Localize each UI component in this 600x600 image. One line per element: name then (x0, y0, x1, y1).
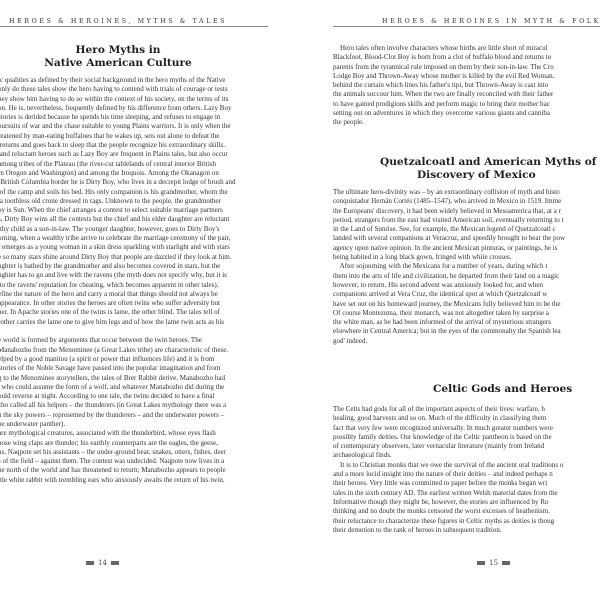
text-line: -British Columbia border he is Dirty Boy… (0, 178, 298, 187)
text-line: the people. (333, 118, 600, 127)
text-line: and reluctant heroes such as Lazy Boy ar… (0, 150, 298, 159)
text-line: of the camp and soils his bed. His only … (0, 188, 298, 197)
page-number: 14 (82, 559, 123, 567)
text-line: Of course Montezuma, their monarch, was … (333, 309, 600, 318)
heading-line: Quetzalcoatl and American Myths of the (380, 156, 600, 169)
text-line: their heroes. Very little was committed … (333, 479, 600, 488)
text-line: s of the field – against them. The conte… (0, 457, 298, 466)
text-line: healing, good harvests and so on. Much o… (333, 414, 600, 423)
body-text: The ultimate hero-divinity was – by an e… (333, 188, 600, 346)
text-line: rother carries the lame one to give him … (0, 318, 298, 327)
text-line: rn Oregon and Washington) and among the … (0, 169, 298, 178)
text-line: god' indeed. (333, 337, 600, 346)
text-line: After sojourning with the Mexicans for a… (333, 262, 600, 271)
ornament-icon (111, 561, 119, 565)
section-heading: Hero Myths in Native American Culture (38, 44, 198, 70)
body-text: The Celts had gods for all of the import… (333, 405, 600, 535)
text-line: Lodge Boy and Thrown-Away whose mother i… (333, 72, 600, 81)
text-line: elped by a good manitou (a spirit or pow… (0, 355, 298, 364)
header-rule (333, 26, 600, 27)
text-line: the white man, as he had been informed o… (333, 318, 600, 327)
text-line: The ultimate hero-divinity was – by an e… (333, 188, 600, 197)
text-line: ughter has to go and live with the raven… (0, 271, 298, 280)
text-line: on. He is, nevertheless, frequently defi… (0, 104, 298, 113)
text-line: a toothless old crone dressed in rags. U… (0, 197, 298, 206)
text-line: lthy child as a son-in-law. The younger … (0, 225, 298, 234)
text-line: The Celts had gods for all of the import… (333, 405, 600, 414)
text-line: , who could assume the form of a wolf, a… (0, 383, 298, 392)
text-line: oy is Sun. When the chief arranges a con… (0, 206, 298, 215)
text-line: he north of the world and has threatened… (0, 466, 298, 475)
text-line: g to the Menominee storytellers, the tal… (0, 374, 298, 383)
text-line: hose wing claps are thunder; his earthly… (0, 439, 298, 448)
section-heading: Celtic Gods and Heroes (433, 383, 572, 396)
text-line: zho called all his helpers – the thunder… (0, 401, 298, 410)
text-line: setting out on adventures in which they … (333, 109, 600, 118)
right-page: HEROES & HEROINES IN MYTH & FOLKLOR Hero… (300, 0, 600, 600)
text-line: It is to Christian monks that we owe the… (333, 461, 600, 470)
text-line: conquistador Hernán Cortés (1485–1547), … (333, 197, 600, 206)
page-number-value: 15 (489, 559, 498, 567)
text-line: elsewhere in Central America; but in the… (333, 327, 600, 336)
text-line: their reluctance to characterize these f… (333, 517, 600, 526)
text-line: ns. Naqpote set his assistants – the und… (0, 448, 298, 457)
text-line: Informative though they might be, howeve… (333, 498, 600, 507)
text-line: only do these tales show the hero having… (0, 85, 298, 94)
text-line: the animals succour him. When the two ar… (333, 90, 600, 99)
text-line: are mythological creatures, associated w… (0, 429, 298, 438)
left-page: HEROES & HEROINES, MYTHS & TALES Hero My… (0, 0, 300, 600)
text-line: reatened by man-eating buffaloes that he… (0, 132, 298, 141)
text-line: to the ravens' reputation for cheating, … (0, 281, 298, 290)
text-line: period, strangers from the east had visi… (333, 216, 600, 225)
ornament-icon (477, 561, 485, 565)
heading-line: Hero Myths in (38, 44, 198, 57)
text-line: to have gained prodigious skills and per… (333, 100, 600, 109)
text-line: pursuits of war and the chase suitable t… (0, 122, 298, 131)
text-line: ttle white rabbit with trembling ears wh… (0, 476, 298, 485)
running-head: HEROES & HEROINES IN MYTH & FOLKLOR (382, 18, 600, 25)
text-line: hey show him having to do so within the … (0, 95, 298, 104)
text-line: parents from the tyrannical rule imposed… (333, 63, 600, 72)
text-line: he underwater panther). (0, 420, 298, 429)
page-number: 15 (473, 559, 514, 567)
running-head: HEROES & HEROINES, MYTHS & TALES (9, 18, 227, 25)
text-line: tales in the sixth century AD. The earli… (333, 489, 600, 498)
text-line: being habited in a long black gown, frin… (333, 253, 600, 262)
text-line: have set out on his homeward journey, th… (333, 300, 600, 309)
text-line: thinking and no doubt the monks censored… (333, 507, 600, 516)
text-line: landed with several companions at Veracr… (333, 234, 600, 243)
text-line: the Europeans' discovery, it had been wi… (333, 207, 600, 216)
header-rule (0, 26, 268, 27)
text-line: her. In Apache stories one of the twins … (0, 308, 298, 317)
text-line: stories of the Noble Savage have passed … (0, 364, 298, 373)
text-line: among tribes of the Plateau (the river-c… (0, 160, 298, 169)
text-line: and a more lucid insight into the nature… (333, 470, 600, 479)
text-line: Blackfoot, Blood-Clot Boy is born from a… (333, 53, 600, 62)
text-line: Manabozho from the Menominee (a Great La… (0, 346, 298, 355)
text-line: efine the nature of the hero and carry a… (0, 290, 298, 299)
heading-line: Native American Culture (38, 57, 198, 70)
text-line: however, to return. His second advent wa… (333, 281, 600, 290)
text-line: of contemporary observers, later vernacu… (333, 442, 600, 451)
text-line: Hero tales often involve characters whos… (333, 44, 600, 53)
text-line: ould reverse at night. According to one … (0, 392, 298, 401)
body-text: ic qualities as defined by their social … (0, 76, 298, 485)
text-line (0, 327, 298, 336)
text-line: returns and goes back to sleep that the … (0, 141, 298, 150)
text-line: e world is formed by arguments that occu… (0, 336, 298, 345)
text-line: stories is derided because he spends his… (0, 113, 298, 122)
text-line: ic qualities as defined by their social … (0, 76, 298, 85)
text-line: behind the curtain which lines his fathe… (333, 81, 600, 90)
ornament-icon (502, 561, 510, 565)
text-line: r emerges as a young woman in a skin dre… (0, 243, 298, 252)
ornament-icon (86, 561, 94, 565)
body-text: Hero tales often involve characters whos… (333, 44, 600, 128)
text-line: in the Land of Sunrise. See, for example… (333, 225, 600, 234)
section-heading: Quetzalcoatl and American Myths of the D… (380, 156, 600, 182)
text-line: s, Dirty Boy wins all the contests but t… (0, 215, 298, 224)
text-line: archaeological finds. (333, 451, 600, 460)
text-line: them into the arts of life and civilizat… (333, 272, 600, 281)
page-number-value: 14 (98, 559, 107, 567)
text-line: ughter is bathed by the grandmother and … (0, 262, 298, 271)
heading-line: Discovery of Mexico (380, 169, 600, 182)
text-line: fact that very few were recognized unive… (333, 424, 600, 433)
text-line: orning, when a wealthy tribe arrive to c… (0, 234, 298, 243)
text-line: possibly family deities. Our knowledge o… (333, 433, 600, 442)
text-line: agency upon native opinion. In the ancie… (333, 244, 600, 253)
text-line: n the sky powers – represented by the th… (0, 411, 298, 420)
text-line: appearance. In other stories the heroes … (0, 299, 298, 308)
text-line: their demotion to the rank of heroes in … (333, 526, 600, 535)
text-line: companions arrived at Vera Cruz, the ide… (333, 290, 600, 299)
text-line: e so many stars shine around Dirty Boy t… (0, 253, 298, 262)
